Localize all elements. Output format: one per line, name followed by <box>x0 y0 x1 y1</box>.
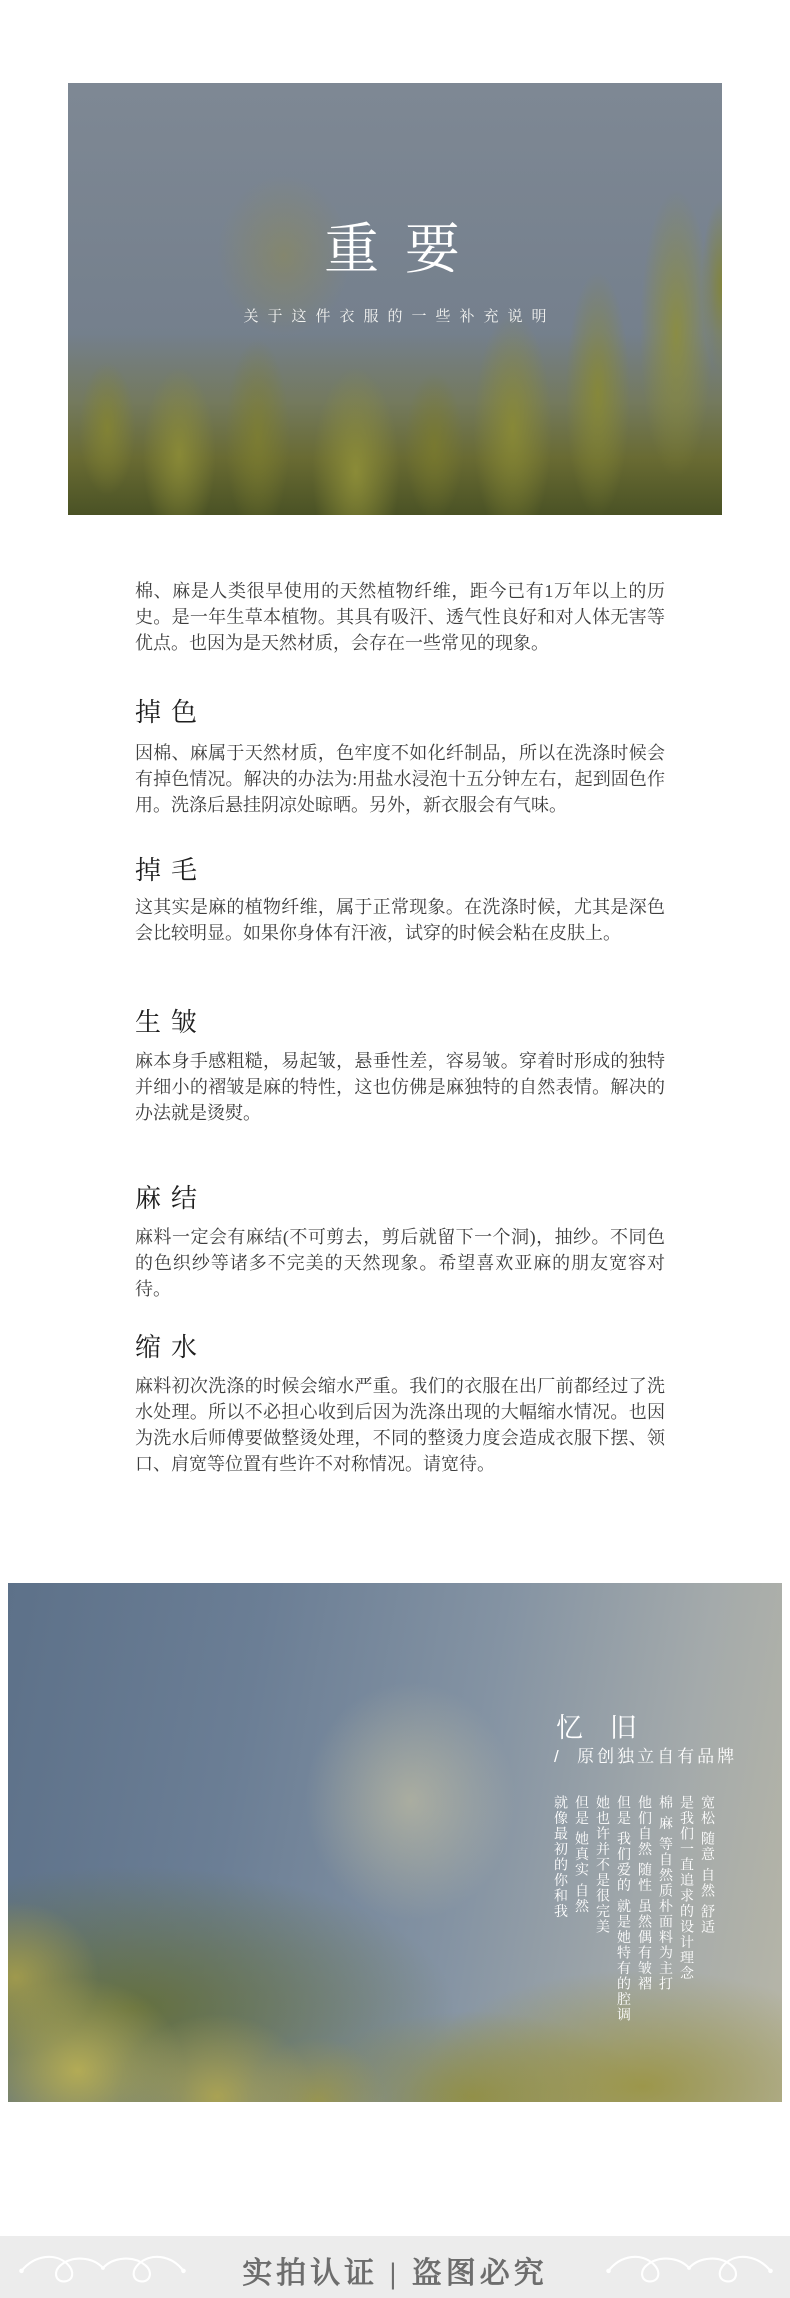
vertical-line: 宽松 随意 自然 舒适 <box>697 1795 718 2023</box>
section-text: 麻料一定会有麻结(不可剪去，剪后就留下一个洞)，抽纱。不同色的色织纱等诸多不完美… <box>135 1224 665 1302</box>
page-subtitle: 关于这件衣服的一些补充说明 <box>68 305 722 326</box>
section-text: 因棉、麻属于天然材质，色牢度不如化纤制品，所以在洗涤时候会有掉色情况。解决的办法… <box>135 740 665 818</box>
section-text: 麻本身手感粗糙，易起皱，悬垂性差，容易皱。穿着时形成的独特并细小的褶皱是麻的特性… <box>135 1048 665 1126</box>
vertical-line: 就像最初的你和我 <box>550 1795 571 2023</box>
brand-manifesto-vertical-text: 宽松 随意 自然 舒适 是我们一直追求的设计理念 棉 麻 等自然质朴面料为主打 … <box>550 1795 718 2023</box>
vertical-line: 她也许并不是很完美 <box>592 1795 613 2023</box>
section-body-fading: 因棉、麻属于天然材质，色牢度不如化纤制品，所以在洗涤时候会有掉色情况。解决的办法… <box>135 740 665 818</box>
section-body-shrinkage: 麻料初次洗涤的时候会缩水严重。我们的衣服在出厂前都经过了洗水处理。所以不必担心收… <box>135 1373 665 1477</box>
vertical-line: 是我们一直追求的设计理念 <box>676 1795 697 2023</box>
hero-flower-photo: 重 要 关于这件衣服的一些补充说明 <box>68 83 722 515</box>
section-body-shedding: 这其实是麻的植物纤维，属于正常现象。在洗涤时候，尤其是深色会比较明显。如果你身体… <box>135 894 665 946</box>
section-text: 麻料初次洗涤的时候会缩水严重。我们的衣服在出厂前都经过了洗水处理。所以不必担心收… <box>135 1373 665 1477</box>
section-heading-shedding: 掉毛 <box>135 856 207 886</box>
vertical-line: 但是 我们爱的 就是她特有的腔调 <box>613 1795 634 2023</box>
section-heading-shrinkage: 缩水 <box>135 1333 207 1363</box>
brand-tagline: / 原创独立自有品牌 <box>554 1742 737 1767</box>
section-body-slubs: 麻料一定会有麻结(不可剪去，剪后就留下一个洞)，抽纱。不同色的色织纱等诸多不完美… <box>135 1224 665 1302</box>
intro-text: 棉、麻是人类很早使用的天然植物纤维，距今已有1万年以上的历史。是一年生草本植物。… <box>135 578 665 656</box>
section-heading-slubs: 麻结 <box>135 1184 207 1214</box>
flourish-ornament-icon <box>602 2245 778 2291</box>
vertical-line: 他们自然 随性 虽然偶有皱褶 <box>634 1795 655 2023</box>
vertical-line: 棉 麻 等自然质朴面料为主打 <box>655 1795 676 2023</box>
intro-paragraph: 棉、麻是人类很早使用的天然植物纤维，距今已有1万年以上的历史。是一年生草本植物。… <box>135 578 665 656</box>
section-heading-wrinkling: 生皱 <box>135 1008 207 1038</box>
brand-logo: 忆 旧 <box>556 1706 647 1745</box>
section-body-wrinkling: 麻本身手感粗糙，易起皱，悬垂性差，容易皱。穿着时形成的独特并细小的褶皱是麻的特性… <box>135 1048 665 1126</box>
section-heading-fading: 掉色 <box>135 698 207 728</box>
page-title: 重 要 <box>68 218 722 282</box>
footer-band: 实拍认证 | 盗图必究 <box>0 2236 790 2298</box>
product-description-page: 重 要 关于这件衣服的一些补充说明 棉、麻是人类很早使用的天然植物纤维，距今已有… <box>0 0 790 2298</box>
section-text: 这其实是麻的植物纤维，属于正常现象。在洗涤时候，尤其是深色会比较明显。如果你身体… <box>135 894 665 946</box>
vertical-line: 但是 她真实 自然 <box>571 1795 592 2023</box>
